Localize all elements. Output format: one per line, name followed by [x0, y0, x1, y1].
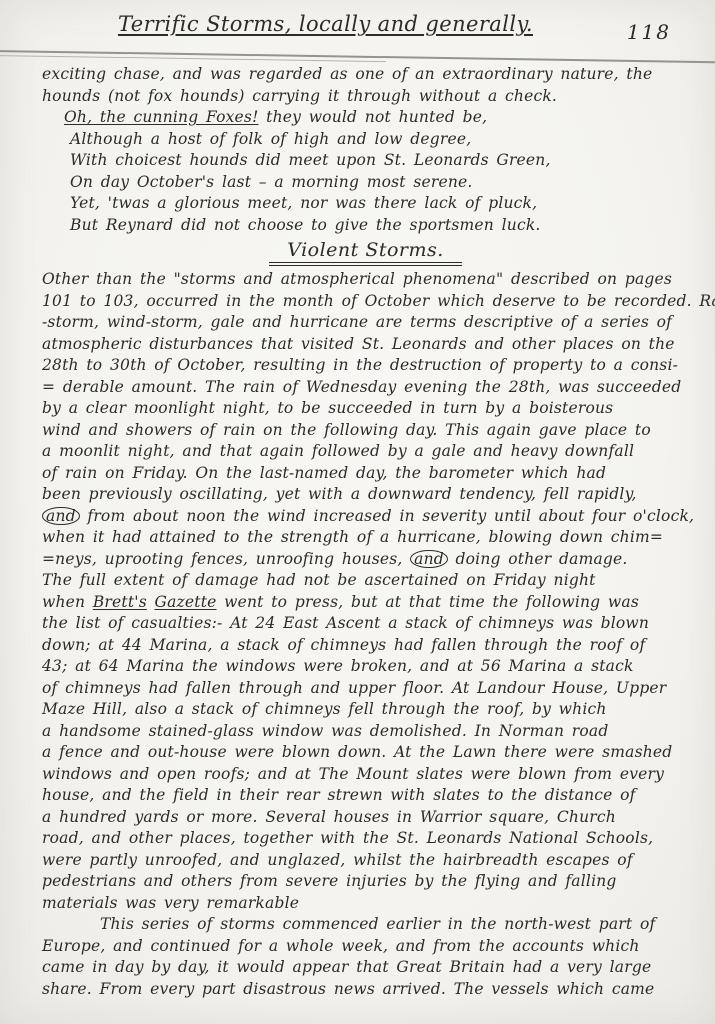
- text-segment: went to press, but at that time the foll…: [217, 593, 639, 611]
- text-line: atmospheric disturbances that visited St…: [42, 334, 689, 356]
- text-line: when it had attained to the strength of …: [42, 527, 689, 549]
- storm-paragraph: Other than the "storms and atmospherical…: [42, 269, 689, 914]
- text-line: Yet, 'twas a glorious meet, nor was ther…: [70, 193, 689, 215]
- text-line: of rain on Friday. On the last-named day…: [42, 463, 689, 485]
- text-segment: they would not hunted be,: [259, 108, 488, 126]
- text-line: 28th to 30th of October, resulting in th…: [42, 355, 689, 377]
- text-line: The full extent of damage had not be asc…: [42, 570, 689, 592]
- text-segment: when: [42, 593, 93, 611]
- page-header: Terrific Storms, locally and generally. …: [42, 12, 689, 58]
- text-line: = derable amount. The rain of Wednesday …: [42, 377, 689, 399]
- text-line: house, and the field in their rear strew…: [42, 785, 689, 807]
- text-line: 43; at 64 Marina the windows were broken…: [42, 656, 689, 678]
- text-line: pedestrians and others from severe injur…: [42, 871, 689, 893]
- text-line: This series of storms commenced earlier …: [42, 914, 689, 936]
- text-line: road, and other places, together with th…: [42, 828, 689, 850]
- text-line: been previously oscillating, yet with a …: [42, 484, 689, 506]
- underlined-text: Gazette: [155, 593, 217, 611]
- underlined-text: Brett's: [93, 593, 147, 611]
- text-line: a handsome stained-glass window was demo…: [42, 721, 689, 743]
- text-line: of chimneys had fallen through and upper…: [42, 678, 689, 700]
- text-line: 101 to 103, occurred in the month of Oct…: [42, 291, 689, 313]
- section-heading-text: Violent Storms.: [269, 239, 462, 266]
- text-line: and from about noon the wind increased i…: [42, 506, 689, 528]
- text-segment: doing other damage.: [448, 550, 628, 568]
- circled-word: and: [410, 550, 448, 568]
- text-line: down; at 44 Marina, a stack of chimneys …: [42, 635, 689, 657]
- text-line: a hundred yards or more. Several houses …: [42, 807, 689, 829]
- text-line: materials was very remarkable: [42, 893, 689, 915]
- text-line: windows and open roofs; and at The Mount…: [42, 764, 689, 786]
- closing-paragraph: This series of storms commenced earlier …: [42, 914, 689, 1000]
- text-line: Other than the "storms and atmospherical…: [42, 269, 689, 291]
- underlined-text: Oh, the cunning Foxes!: [64, 108, 259, 126]
- text-line: were partly unroofed, and unglazed, whil…: [42, 850, 689, 872]
- section-heading: Violent Storms.: [42, 237, 689, 265]
- text-segment: =neys, uprooting fences, unroofing house…: [42, 550, 410, 568]
- text-line: -storm, wind-storm, gale and hurricane a…: [42, 312, 689, 334]
- text-line: Oh, the cunning Foxes! they would not hu…: [64, 107, 689, 129]
- manuscript-page: Terrific Storms, locally and generally. …: [0, 0, 715, 1024]
- text-line: a moonlit night, and that again followed…: [42, 441, 689, 463]
- text-segment: from about noon the wind increased in se…: [80, 507, 694, 525]
- text-line: But Reynard did not choose to give the s…: [70, 215, 689, 237]
- text-line: With choicest hounds did meet upon St. L…: [70, 150, 689, 172]
- page-number: 118: [627, 20, 671, 44]
- text-line: On day October's last – a morning most s…: [70, 172, 689, 194]
- text-segment: [147, 593, 155, 611]
- circled-word: and: [42, 507, 80, 525]
- text-line: hounds (not fox hounds) carrying it thro…: [42, 86, 689, 108]
- text-line: share. From every part disastrous news a…: [42, 979, 689, 1001]
- text-line: a fence and out-house were blown down. A…: [42, 742, 689, 764]
- text-line: =neys, uprooting fences, unroofing house…: [42, 549, 689, 571]
- text-line: came in day by day, it would appear that…: [42, 957, 689, 979]
- text-line: Europe, and continued for a whole week, …: [42, 936, 689, 958]
- text-line: by a clear moonlight night, to be succee…: [42, 398, 689, 420]
- text-line: Maze Hill, also a stack of chimneys fell…: [42, 699, 689, 721]
- fox-hunt-poem: Oh, the cunning Foxes! they would not hu…: [70, 107, 689, 236]
- text-line: wind and showers of rain on the followin…: [42, 420, 689, 442]
- continuation-paragraph: exciting chase, and was regarded as one …: [42, 64, 689, 107]
- text-line: Although a host of folk of high and low …: [70, 129, 689, 151]
- text-line: when Brett's Gazette went to press, but …: [42, 592, 689, 614]
- text-line: the list of casualties:- At 24 East Asce…: [42, 613, 689, 635]
- page-title: Terrific Storms, locally and generally.: [42, 12, 689, 36]
- text-line: exciting chase, and was regarded as one …: [42, 64, 689, 86]
